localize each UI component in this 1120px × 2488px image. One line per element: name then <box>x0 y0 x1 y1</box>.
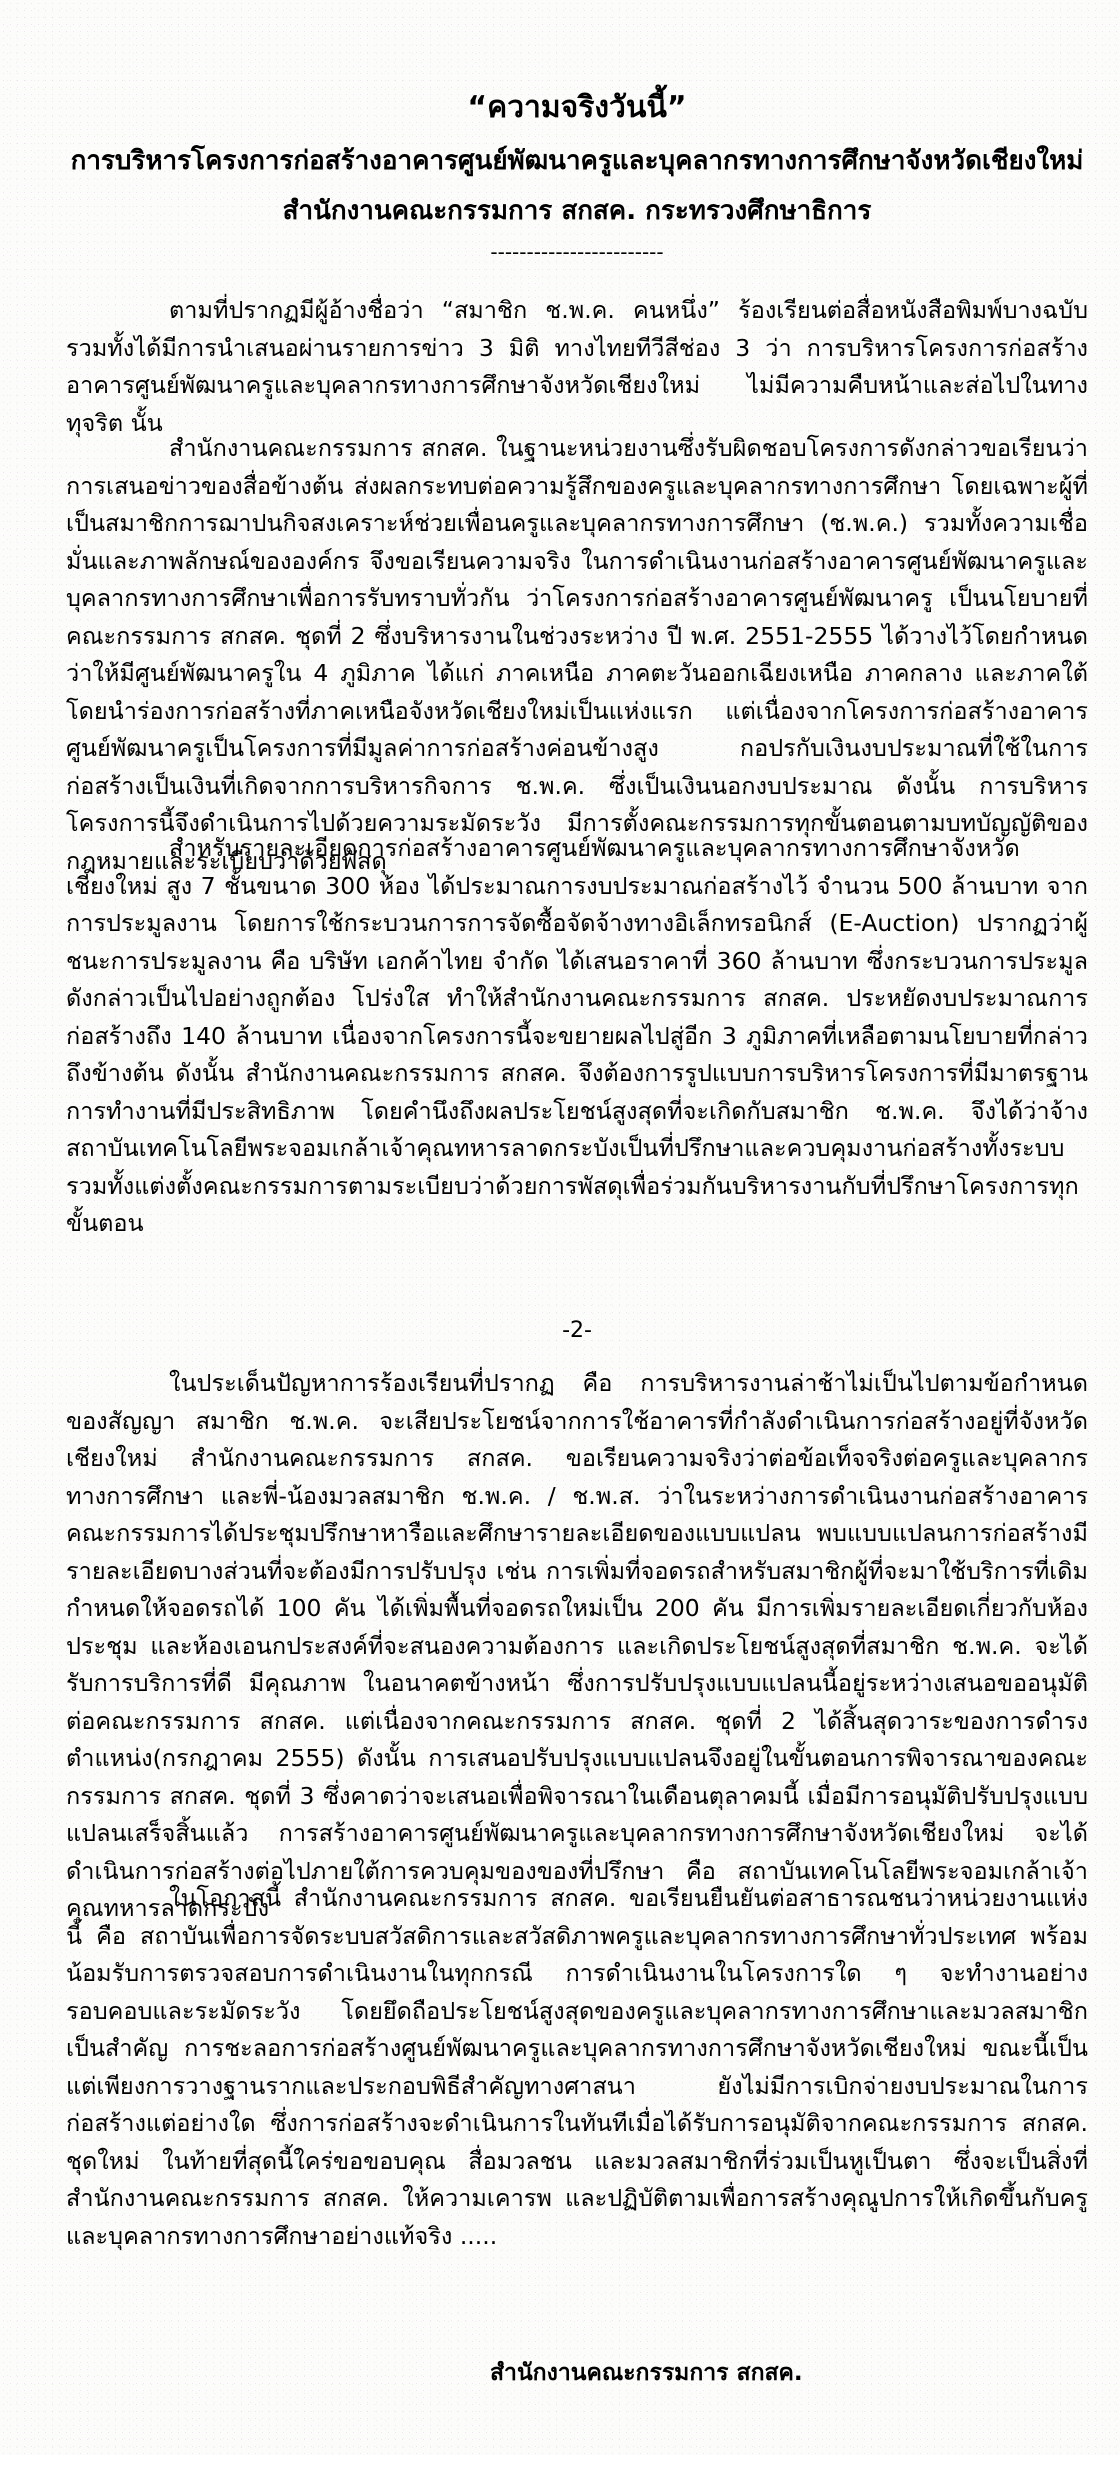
paragraph-complaint-intro: ตามที่ปรากฏมีผู้อ้างชื่อว่า “สมาชิก ช.พ.… <box>66 292 1088 442</box>
paragraph-complaint-issue: ในประเด็นปัญหาการร้องเรียนที่ปรากฏ คือ ก… <box>66 1365 1088 1928</box>
paragraph-closing-statement: ในโอกาสนี้ สำนักงานคณะกรรมการ สกสค. ขอเร… <box>66 1880 1088 2255</box>
document-subtitle: การบริหารโครงการก่อสร้างอาคารศูนย์พัฒนาค… <box>66 140 1088 181</box>
title-separator: ------------------------ <box>66 240 1088 264</box>
paragraph-office-response: สำนักงานคณะกรรมการ สกสค. ในฐานะหน่วยงานซ… <box>66 430 1088 880</box>
paragraph-construction-details: สำหรับรายละเอียดการก่อสร้างอาคารศูนย์พัฒ… <box>66 830 1088 1243</box>
page-number: -2- <box>66 1318 1088 1343</box>
issuing-organization: สำนักงานคณะกรรมการ สกสค. กระทรวงศึกษาธิก… <box>66 190 1088 231</box>
signature-organization: สำนักงานคณะกรรมการ สกสค. <box>490 2355 803 2391</box>
document-title: “ความจริงวันนี้” <box>66 84 1088 131</box>
document-page: “ความจริงวันนี้” การบริหารโครงการก่อสร้า… <box>0 0 1120 2455</box>
